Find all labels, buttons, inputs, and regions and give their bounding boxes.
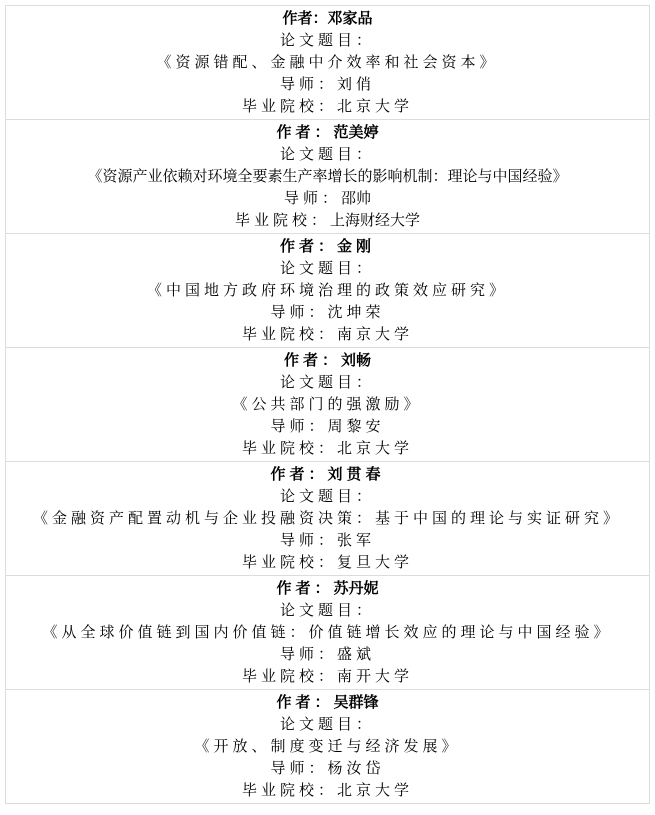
thesis-title-text: 《从全球价值链到国内价值链：价值链增长效应的理论与中国经验》	[42, 625, 612, 641]
thesis-title-text: 《开放、制度变迁与经济发展》	[194, 739, 460, 755]
school-label: 毕业院校：	[242, 669, 337, 685]
thesis-title-text: 《公共部门的强激励》	[232, 397, 422, 413]
thesis-entry: 作者：吴群锋 论文题目： 《开放、制度变迁与经济发展》 导师：杨汝岱 毕业院校：…	[6, 689, 649, 803]
thesis-title-text: 《资源产业依赖对环境全要素生产率增长的影响机制：理论与中国经验》	[87, 169, 567, 185]
author-name: 吴群锋	[334, 695, 379, 711]
advisor-name: 盛斌	[337, 647, 375, 663]
thesis-title-text: 《资源错配、金融中介效率和社会资本》	[156, 55, 498, 71]
advisor-line: 导师：张军	[6, 530, 649, 552]
author-name: 邓家品	[328, 11, 373, 27]
author-line: 作者：金刚	[6, 236, 649, 258]
advisor-line: 导师：盛斌	[6, 644, 649, 666]
school-line: 毕业院校：复旦大学	[6, 552, 649, 574]
author-line: 作者：刘贯春	[6, 464, 649, 486]
title-caption: 论文题目：	[6, 258, 649, 280]
author-label: 作者：	[276, 695, 333, 711]
advisor-name: 邵帅	[341, 191, 371, 207]
advisor-line: 导师：邵帅	[6, 188, 649, 210]
title-caption: 论文题目：	[6, 30, 649, 52]
author-line: 作者：邓家品	[6, 8, 649, 30]
advisor-line: 导师：周黎安	[6, 416, 649, 438]
school-line: 毕业院校：上海财经大学	[6, 210, 649, 232]
author-label: 作者：	[280, 239, 337, 255]
author-label: 作者：	[284, 353, 341, 369]
school-label: 毕业院校：	[235, 213, 330, 229]
advisor-line: 导师：杨汝岱	[6, 758, 649, 780]
advisor-name: 张军	[337, 533, 375, 549]
author-line: 作者：范美婷	[6, 122, 649, 144]
thesis-title: 《从全球价值链到国内价值链：价值链增长效应的理论与中国经验》	[6, 622, 649, 644]
title-caption-label: 论文题目：	[280, 717, 375, 733]
thesis-list: 作者：邓家品 论文题目： 《资源错配、金融中介效率和社会资本》 导师：刘俏 毕业…	[5, 5, 650, 804]
school-name: 复旦大学	[337, 555, 413, 571]
school-line: 毕业院校：南京大学	[6, 324, 649, 346]
title-caption-label: 论文题目：	[280, 147, 375, 163]
advisor-name: 杨汝岱	[328, 761, 385, 777]
school-label: 毕业院校：	[242, 783, 337, 799]
school-line: 毕业院校：南开大学	[6, 666, 649, 688]
advisor-label: 导师：	[280, 647, 337, 663]
school-name: 上海财经大学	[330, 213, 420, 229]
author-line: 作者：刘畅	[6, 350, 649, 372]
thesis-entry: 作者：苏丹妮 论文题目： 《从全球价值链到国内价值链：价值链增长效应的理论与中国…	[6, 575, 649, 689]
title-caption: 论文题目：	[6, 600, 649, 622]
advisor-line: 导师：刘俏	[6, 74, 649, 96]
author-label: 作者：	[276, 581, 333, 597]
thesis-title: 《中国地方政府环境治理的政策效应研究》	[6, 280, 649, 302]
thesis-entry: 作者：刘贯春 论文题目： 《金融资产配置动机与企业投融资决策：基于中国的理论与实…	[6, 461, 649, 575]
title-caption: 论文题目：	[6, 372, 649, 394]
title-caption-label: 论文题目：	[280, 33, 375, 49]
author-label: 作者：	[282, 11, 327, 27]
thesis-entry: 作者：范美婷 论文题目： 《资源产业依赖对环境全要素生产率增长的影响机制：理论与…	[6, 119, 649, 233]
school-name: 北京大学	[337, 441, 413, 457]
author-name: 苏丹妮	[334, 581, 379, 597]
thesis-title: 《资源产业依赖对环境全要素生产率增长的影响机制：理论与中国经验》	[6, 166, 649, 188]
advisor-label: 导师：	[270, 419, 327, 435]
school-line: 毕业院校：北京大学	[6, 96, 649, 118]
school-label: 毕业院校：	[242, 99, 337, 115]
thesis-title: 《开放、制度变迁与经济发展》	[6, 736, 649, 758]
school-label: 毕业院校：	[242, 555, 337, 571]
thesis-entry: 作者：邓家品 论文题目： 《资源错配、金融中介效率和社会资本》 导师：刘俏 毕业…	[6, 6, 649, 119]
thesis-title-text: 《金融资产配置动机与企业投融资决策：基于中国的理论与实证研究》	[33, 511, 622, 527]
school-label: 毕业院校：	[242, 327, 337, 343]
advisor-name: 沈坤荣	[328, 305, 385, 321]
title-caption: 论文题目：	[6, 144, 649, 166]
title-caption-label: 论文题目：	[280, 603, 375, 619]
author-name: 刘畅	[341, 353, 371, 369]
thesis-title: 《公共部门的强激励》	[6, 394, 649, 416]
author-name: 刘贯春	[328, 467, 385, 483]
thesis-entry: 作者：金刚 论文题目： 《中国地方政府环境治理的政策效应研究》 导师：沈坤荣 毕…	[6, 233, 649, 347]
author-line: 作者：苏丹妮	[6, 578, 649, 600]
advisor-label: 导师：	[270, 305, 327, 321]
advisor-line: 导师：沈坤荣	[6, 302, 649, 324]
advisor-label: 导师：	[280, 77, 337, 93]
advisor-name: 刘俏	[337, 77, 375, 93]
title-caption: 论文题目：	[6, 714, 649, 736]
title-caption-label: 论文题目：	[280, 375, 375, 391]
school-name: 北京大学	[337, 99, 413, 115]
advisor-label: 导师：	[284, 191, 341, 207]
school-name: 南京大学	[337, 327, 413, 343]
thesis-entry: 作者：刘畅 论文题目： 《公共部门的强激励》 导师：周黎安 毕业院校：北京大学	[6, 347, 649, 461]
advisor-label: 导师：	[270, 761, 327, 777]
thesis-title: 《金融资产配置动机与企业投融资决策：基于中国的理论与实证研究》	[6, 508, 649, 530]
school-line: 毕业院校：北京大学	[6, 438, 649, 460]
title-caption-label: 论文题目：	[280, 489, 375, 505]
school-line: 毕业院校：北京大学	[6, 780, 649, 802]
author-name: 范美婷	[334, 125, 379, 141]
author-label: 作者：	[270, 467, 327, 483]
author-line: 作者：吴群锋	[6, 692, 649, 714]
school-label: 毕业院校：	[242, 441, 337, 457]
thesis-title-text: 《中国地方政府环境治理的政策效应研究》	[147, 283, 508, 299]
author-name: 金刚	[337, 239, 375, 255]
advisor-name: 周黎安	[328, 419, 385, 435]
advisor-label: 导师：	[280, 533, 337, 549]
school-name: 北京大学	[337, 783, 413, 799]
thesis-title: 《资源错配、金融中介效率和社会资本》	[6, 52, 649, 74]
school-name: 南开大学	[337, 669, 413, 685]
title-caption: 论文题目：	[6, 486, 649, 508]
author-label: 作者：	[276, 125, 333, 141]
title-caption-label: 论文题目：	[280, 261, 375, 277]
